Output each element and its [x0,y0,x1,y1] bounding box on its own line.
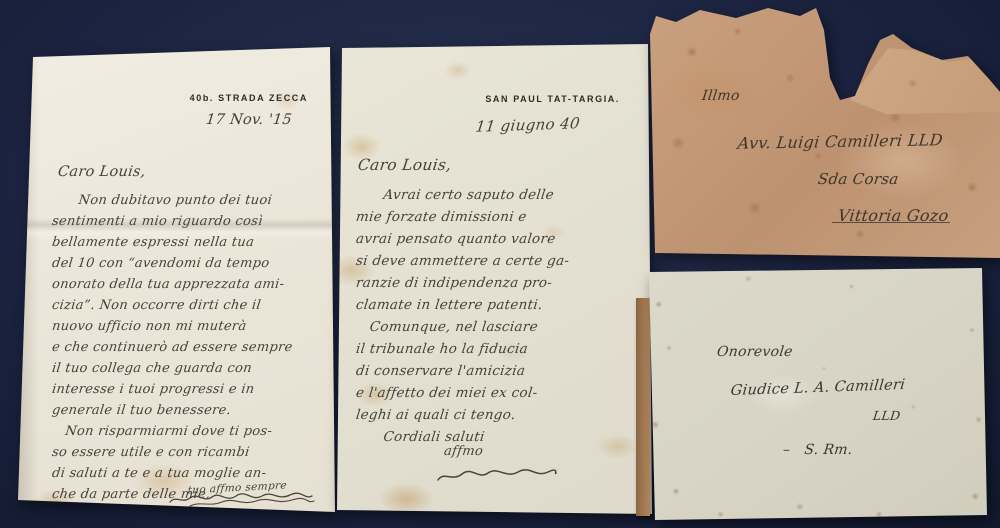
handwritten-line: interesse i tuoi progressi e in [51,379,330,400]
handwritten-line: di conservare l'amicizia [355,360,642,382]
greeting-middle-letter: Caro Louis, [357,156,453,174]
letter-1915-body: Non dubitavo punto dei tuoisentimenti a … [52,190,328,505]
handwritten-line: mie forzate dimissioni e [355,206,642,228]
date-1915: 17 Nov. '15 [205,112,293,128]
handwritten-line: Non risparmiarmi dove ti pos- [51,421,330,442]
handwritten-line: onorato della tua apprezzata ami- [51,274,330,295]
envelope-small-addressee: Giudice L. A. Camilleri [730,377,906,399]
handwritten-line: sentimenti a mio riguardo così [51,211,330,232]
handwritten-line: il tribunale ho la fiducia [355,338,642,360]
handwritten-line: ranzie di indipendenza pro- [355,272,642,294]
locality-underline [832,222,950,223]
handwritten-line: nuovo ufficio non mi muterà [51,316,330,337]
handwritten-line: Non dubitavo punto dei tuoi [51,190,330,211]
photo-of-letters: 40b. STRADA ZECCA 17 Nov. '15 Caro Louis… [0,0,1000,528]
letter-1915-paper: 40b. STRADA ZECCA 17 Nov. '15 Caro Louis… [16,44,338,514]
envelope-torn-street: Sda Corsa [817,170,900,188]
envelope-torn-addressee: Avv. Luigi Camilleri LLD [737,130,944,153]
envelope-small-paper: Onorevole Giudice L. A. Camilleri LLD – … [645,266,989,522]
handwritten-line: Comunque, nel lasciare [355,316,642,338]
envelope-small-honorific: Onorevole [716,344,794,360]
handwritten-line: di saluti a te e a tua moglie an- [51,463,330,484]
letter-1915: 40b. STRADA ZECCA 17 Nov. '15 Caro Louis… [16,44,338,514]
closing-middle-letter: affmo [443,444,484,459]
envelope-small-suffix: LLD [872,408,901,423]
handwritten-line: leghi ai quali ci tengo. [355,404,642,426]
handwritten-line: bellamente espressi nella tua [51,232,330,253]
envelope-torn-honorific: Illmo [701,88,741,104]
signature-scribble-middle [434,466,559,486]
letter-1940-paper: SAN PAUL TAT-TARGIA. 11 giugno 40 Caro L… [336,42,656,518]
handwritten-line: Cordiali saluti [355,426,642,448]
handwritten-line: avrai pensato quanto valore [355,228,642,250]
handwritten-line: e l'affetto dei miei ex col- [355,382,642,404]
signature-scribble-left [166,490,316,508]
handwritten-line: del 10 con “avendomi da tempo [51,253,330,274]
handwritten-line: cizia”. Non occorre dirti che il [51,295,330,316]
handwritten-line: Avrai certo saputo delle [355,184,642,206]
handwritten-line: generale il tuo benessere. [51,400,330,421]
handwritten-line: so essere utile e con ricambi [51,442,330,463]
envelope-torn: Illmo Avv. Luigi Camilleri LLD Sda Corsa… [650,0,1000,260]
letter-1940: SAN PAUL TAT-TARGIA. 11 giugno 40 Caro L… [336,42,656,518]
letter-1940-body: Avrai certo saputo dellemie forzate dimi… [356,184,640,448]
envelope-small-signature: – S. Rm. [782,442,854,458]
envelope-torn-paper: Illmo Avv. Luigi Camilleri LLD Sda Corsa… [650,0,1000,260]
greeting-left-letter: Caro Louis, [57,164,147,180]
envelope-small: Onorevole Giudice L. A. Camilleri LLD – … [645,266,989,522]
handwritten-line: il tuo collega che guarda con [51,358,330,379]
date-1940: 11 giugno 40 [475,114,581,136]
handwritten-line: clamate in lettere patenti. [355,294,642,316]
handwritten-line: e che continuerò ad essere sempre [51,337,330,358]
letterhead-san-paul-tat-targia: SAN PAUL TAT-TARGIA. [485,94,620,104]
handwritten-line: si deve ammettere a certe ga- [355,250,642,272]
letterhead-strada-zecca: 40b. STRADA ZECCA [190,93,308,103]
